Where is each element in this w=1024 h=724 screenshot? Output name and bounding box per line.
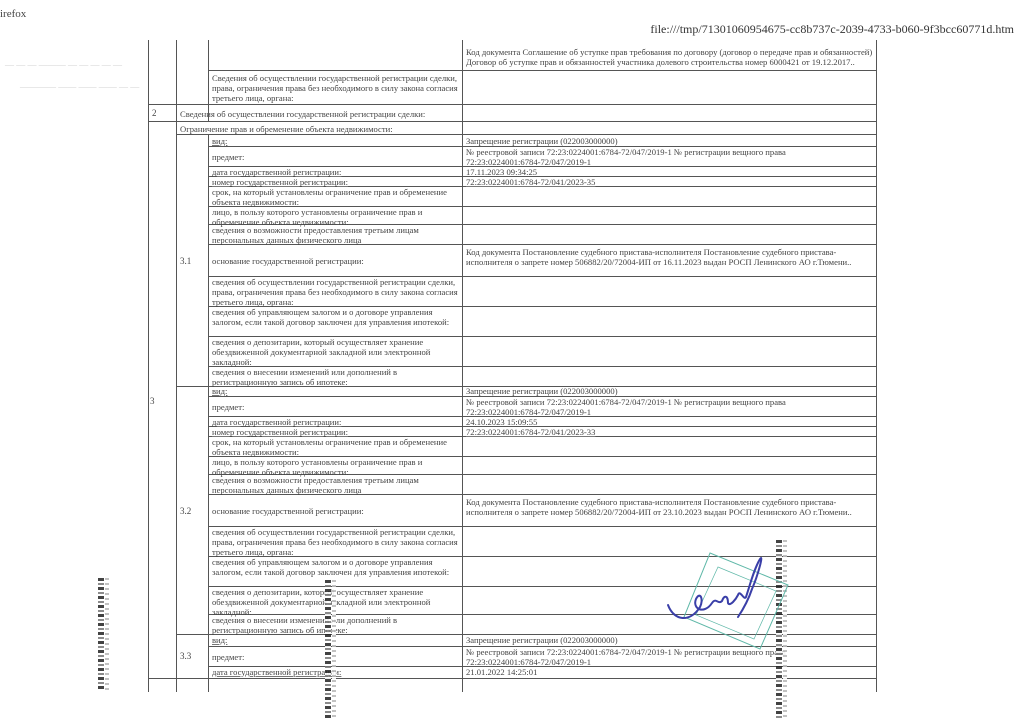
row-number-2: 2 bbox=[152, 108, 157, 118]
type-value: Запрещение регистрации (022003000000) bbox=[466, 136, 874, 146]
subject-value: № реестровой записи 72:23:0224001:6784-7… bbox=[466, 147, 846, 167]
term-label: срок, на который установлены ограничение… bbox=[212, 187, 452, 207]
mortgage-changes-label: сведения о внесении изменений или дополн… bbox=[212, 615, 422, 635]
row2-label: Сведения об осуществлении государственно… bbox=[180, 109, 460, 119]
registration-number-value: 72:23:0224001:6784-72/041/2023-35 bbox=[466, 177, 874, 187]
scanned-document-page: irefox file:///tmp/71301060954675-cc8b73… bbox=[0, 0, 1024, 724]
registration-number-label: номер государственной регистрации: bbox=[212, 427, 460, 437]
subject-label: предмет: bbox=[212, 652, 460, 662]
binding-mark bbox=[98, 578, 104, 690]
registration-date-label: дата государственной регистрации: bbox=[212, 167, 460, 177]
type-label: вид: bbox=[212, 386, 460, 396]
type-label: вид: bbox=[212, 635, 460, 645]
binding-mark bbox=[332, 580, 336, 720]
entry-number: 3.2 bbox=[180, 506, 191, 516]
bleed-through-text: — — — ——— — — — — — bbox=[5, 60, 122, 70]
depositary-label: сведения о депозитарии, который осуществ… bbox=[212, 337, 460, 367]
registration-number-value: 72:23:0224001:6784-72/041/2023-33 bbox=[466, 427, 874, 437]
registration-date-value: 17.11.2023 09:34:25 bbox=[466, 167, 874, 177]
registration-date-label: дата государственной регистрации: bbox=[212, 417, 460, 427]
basis-label: основание государственной регистрации: bbox=[212, 506, 460, 516]
pledge-manager-label: сведения об управляющем залогом и о дого… bbox=[212, 557, 460, 577]
third-party-label: сведения об осуществлении государственно… bbox=[212, 527, 460, 557]
previous-basis-value: Код документа Соглашение об уступке прав… bbox=[466, 47, 874, 67]
previous-third-party-label: Сведения об осуществлении государственно… bbox=[212, 73, 460, 103]
term-label: срок, на который установлены ограничение… bbox=[212, 437, 452, 457]
basis-value: Код документа Постановление судебного пр… bbox=[466, 497, 876, 517]
personal-data-label: сведения о возможности предоставления тр… bbox=[212, 225, 452, 245]
subject-value: № реестровой записи 72:23:0224001:6784-7… bbox=[466, 397, 846, 417]
binding-mark bbox=[105, 578, 109, 690]
type-value: Запрещение регистрации (022003000000) bbox=[466, 386, 874, 396]
binding-mark bbox=[325, 580, 331, 720]
mortgage-changes-label: сведения о внесении изменений или дополн… bbox=[212, 367, 422, 387]
personal-data-label: сведения о возможности предоставления тр… bbox=[212, 475, 452, 495]
entry-number: 3.3 bbox=[180, 651, 191, 661]
page-url: file:///tmp/71301060954675-cc8b737c-2039… bbox=[650, 22, 1014, 37]
third-party-label: сведения об осуществлении государственно… bbox=[212, 277, 460, 307]
stamp-icon bbox=[684, 553, 788, 649]
registration-number-label: номер государственной регистрации: bbox=[212, 177, 460, 187]
pledge-manager-label: сведения об управляющем залогом и о дого… bbox=[212, 307, 460, 327]
subject-label: предмет: bbox=[212, 402, 460, 412]
basis-value: Код документа Постановление судебного пр… bbox=[466, 247, 876, 267]
registration-date-value: 21.01.2022 14:25:01 bbox=[466, 667, 874, 677]
beneficiary-label: лицо, в пользу которого установлены огра… bbox=[212, 207, 452, 227]
basis-label: основание государственной регистрации: bbox=[212, 256, 460, 266]
browser-app-name: irefox bbox=[0, 8, 26, 20]
stamp-and-signature bbox=[660, 545, 800, 655]
registration-date-value: 24.10.2023 15:09:55 bbox=[466, 417, 874, 427]
subject-label: предмет: bbox=[212, 152, 460, 162]
type-label: вид: bbox=[212, 136, 460, 146]
signature-icon bbox=[668, 558, 761, 618]
registration-date-label: дата государственной регистрации: bbox=[212, 667, 460, 677]
entry-number: 3.1 bbox=[180, 256, 191, 266]
depositary-label: сведения о депозитарии, который осуществ… bbox=[212, 587, 460, 617]
row-number-3: 3 bbox=[150, 396, 155, 406]
bleed-through-text: ———— —— —— —— — — bbox=[20, 82, 139, 92]
beneficiary-label: лицо, в пользу которого установлены огра… bbox=[212, 457, 452, 477]
row3-header: Ограничение прав и обременение объекта н… bbox=[180, 124, 460, 134]
